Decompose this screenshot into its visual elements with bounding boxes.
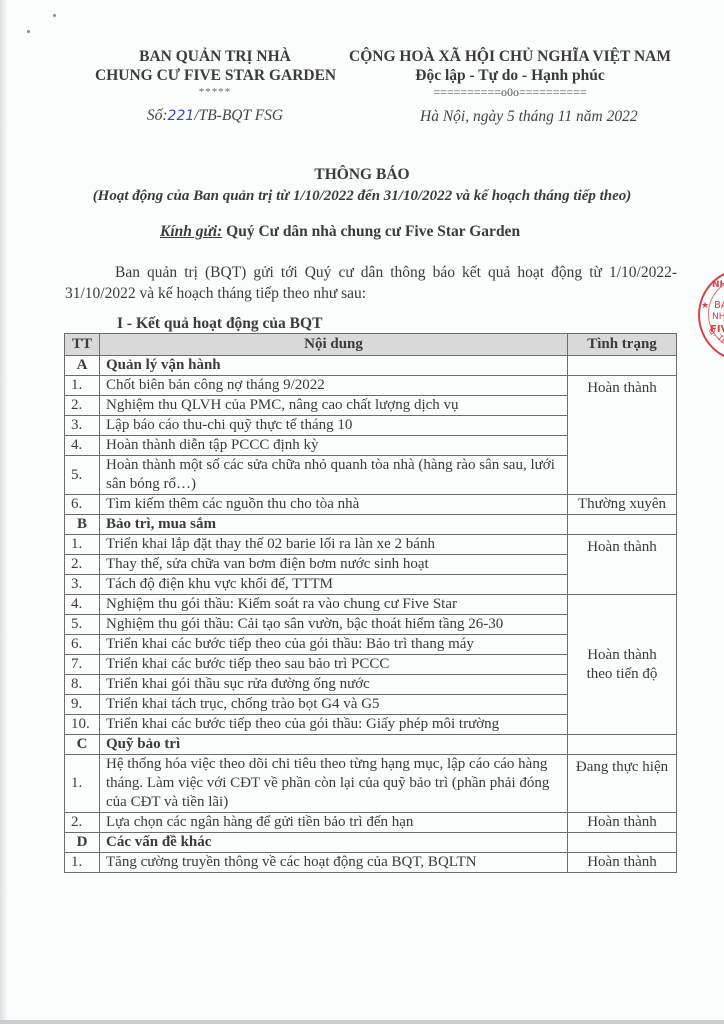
item-content: Hoàn thành một số các sửa chữa nhỏ quanh…	[100, 456, 568, 495]
recipient-value: Quý Cư dân nhà chung cư Five Star Garden	[222, 223, 520, 240]
doc-number-prefix: Số:	[147, 107, 168, 124]
item-status: Đang thực hiện	[568, 755, 677, 813]
item-number: 3.	[65, 575, 100, 595]
table-row: 1.Triển khai lắp đặt thay thế 02 barie l…	[65, 535, 677, 555]
scan-bottom-edge	[0, 1020, 724, 1024]
section-code: B	[65, 515, 100, 535]
national-motto: Độc lập - Tự do - Hạnh phúc	[345, 66, 675, 85]
header-content: Nội dung	[100, 334, 568, 356]
table-header-row: TT Nội dung Tình trạng	[65, 334, 677, 356]
item-content: Tìm kiếm thêm các nguồn thu cho tòa nhà	[100, 495, 568, 515]
doc-number-suffix: /TB-BQT FSG	[194, 107, 283, 124]
header-tt: TT	[65, 334, 100, 356]
item-content: Triển khai các bước tiếp theo sau bảo tr…	[100, 655, 568, 675]
item-content: Hệ thống hóa việc theo dõi chi tiêu theo…	[100, 755, 568, 813]
item-content: Nghiệm thu gói thầu: Cải tạo sân vườn, b…	[100, 615, 568, 635]
item-content: Hoàn thành diễn tập PCCC định kỳ	[100, 436, 568, 456]
item-content: Thay thế, sửa chữa van bơm điện bơm nước…	[100, 555, 568, 575]
stamp-text: NHÀ	[712, 312, 724, 322]
item-content: Triển khai lắp đặt thay thế 02 barie lối…	[100, 535, 568, 555]
intro-paragraph: Ban quản trị (BQT) gửi tới Quý cư dân th…	[65, 262, 677, 304]
item-content: Triển khai tách trục, chống trào bọt G4 …	[100, 695, 568, 715]
item-content: Chốt biên bản công nợ tháng 9/2022	[100, 376, 568, 396]
item-content: Lập báo cáo thu-chi quỹ thực tế tháng 10	[100, 416, 568, 436]
table-row: 4.Nghiệm thu gói thầu: Kiểm soát ra vào …	[65, 595, 677, 615]
section-status-empty	[568, 356, 677, 376]
nation-name: CỘNG HOÀ XÃ HỘI CHỦ NGHĨA VIỆT NAM	[345, 47, 675, 66]
document-number: Số:221/TB-BQT FSG	[95, 107, 335, 125]
item-number: 2.	[65, 813, 100, 833]
item-content: Triển khai gói thầu sục rửa đường ống nư…	[100, 675, 568, 695]
activity-table: TT Nội dung Tình trạng AQuản lý vận hành…	[64, 333, 677, 873]
item-number: 9.	[65, 695, 100, 715]
doc-number-handwritten: 221	[168, 108, 195, 124]
recipient-line: Kính gửi: Quý Cư dân nhà chung cư Five S…	[160, 223, 520, 241]
item-content: Tăng cường truyền thông về các hoạt động…	[100, 853, 568, 873]
section-row: DCác vấn đề khác	[65, 833, 677, 853]
stamp-star-icon: ★	[701, 300, 709, 311]
document-subtitle: (Hoạt động của Ban quản trị từ 1/10/2022…	[0, 188, 724, 205]
header-status: Tình trạng	[568, 334, 677, 356]
section-code: C	[65, 735, 100, 755]
stamp-text: NH	[712, 280, 724, 290]
item-status: Hoàn thành	[568, 813, 677, 833]
item-number: 2.	[65, 555, 100, 575]
section-title: Bảo trì, mua sắm	[100, 515, 568, 535]
scan-left-edge	[0, 0, 8, 1024]
item-number: 1.	[65, 755, 100, 813]
section-status-empty	[568, 735, 677, 755]
table-row: 1.Hệ thống hóa việc theo dõi chi tiêu th…	[65, 755, 677, 813]
section-status-empty	[568, 515, 677, 535]
section-row: AQuản lý vận hành	[65, 356, 677, 376]
item-content: Nghiệm thu gói thầu: Kiểm soát ra vào ch…	[100, 595, 568, 615]
item-number: 4.	[65, 595, 100, 615]
item-number: 1.	[65, 535, 100, 555]
item-number: 10.	[65, 715, 100, 735]
item-number: 7.	[65, 655, 100, 675]
stamp-text: BAN	[714, 300, 724, 311]
item-status: Hoàn thành	[568, 535, 677, 595]
item-number: 2.	[65, 396, 100, 416]
item-number: 1.	[65, 853, 100, 873]
document-title: THÔNG BÁO	[0, 166, 724, 184]
issuer-block: BAN QUẢN TRỊ NHÀ CHUNG CƯ FIVE STAR GARD…	[95, 47, 335, 99]
section-title: Quản lý vận hành	[100, 356, 568, 376]
national-header: CỘNG HOÀ XÃ HỘI CHỦ NGHĨA VIỆT NAM Độc l…	[345, 47, 675, 99]
item-number: 6.	[65, 635, 100, 655]
item-content: Triển khai các bước tiếp theo của gói th…	[100, 635, 568, 655]
item-number: 3.	[65, 416, 100, 436]
item-status: Hoàn thành theo tiến độ	[568, 595, 677, 735]
section-status-empty	[568, 833, 677, 853]
section-title: Các vấn đề khác	[100, 833, 568, 853]
item-content: Tách độ điện khu vực khối đế, TTTM	[100, 575, 568, 595]
table-row: 6.Tìm kiếm thêm các nguồn thu cho tòa nh…	[65, 495, 677, 515]
item-number: 4.	[65, 436, 100, 456]
item-status: Hoàn thành	[568, 853, 677, 873]
item-status: Thường xuyên	[568, 495, 677, 515]
scan-speck	[27, 30, 30, 33]
red-seal-stamp: NH ★ BAN NHÀ FIVE Q. THANH X	[698, 268, 724, 362]
date-line: Hà Nội, ngày 5 tháng 11 năm 2022	[420, 108, 690, 126]
item-number: 6.	[65, 495, 100, 515]
section-row: BBảo trì, mua sắm	[65, 515, 677, 535]
table-row: 1.Chốt biên bản công nợ tháng 9/2022Hoàn…	[65, 376, 677, 396]
recipient-label: Kính gửi:	[160, 223, 222, 240]
item-content: Triển khai các bước tiếp theo của gói th…	[100, 715, 568, 735]
item-status: Hoàn thành	[568, 376, 677, 495]
item-number: 5.	[65, 456, 100, 495]
separator-line: ==========o0o==========	[345, 85, 675, 99]
section-row: CQuỹ bảo trì	[65, 735, 677, 755]
item-number: 5.	[65, 615, 100, 635]
table-row: 2.Lựa chọn các ngân hàng để gửi tiền bảo…	[65, 813, 677, 833]
item-content: Nghiệm thu QLVH của PMC, nâng cao chất l…	[100, 396, 568, 416]
item-number: 8.	[65, 675, 100, 695]
section-code: A	[65, 356, 100, 376]
item-content: Lựa chọn các ngân hàng để gửi tiền bảo t…	[100, 813, 568, 833]
issuer-stars: *****	[95, 85, 335, 99]
section-code: D	[65, 833, 100, 853]
issuer-line-1: BAN QUẢN TRỊ NHÀ	[95, 47, 335, 66]
section-title: Quỹ bảo trì	[100, 735, 568, 755]
scan-speck	[53, 14, 56, 17]
issuer-line-2: CHUNG CƯ FIVE STAR GARDEN	[95, 66, 335, 85]
table-row: 1.Tăng cường truyền thông về các hoạt độ…	[65, 853, 677, 873]
item-number: 1.	[65, 376, 100, 396]
section-title: I - Kết quả hoạt động của BQT	[117, 315, 322, 333]
